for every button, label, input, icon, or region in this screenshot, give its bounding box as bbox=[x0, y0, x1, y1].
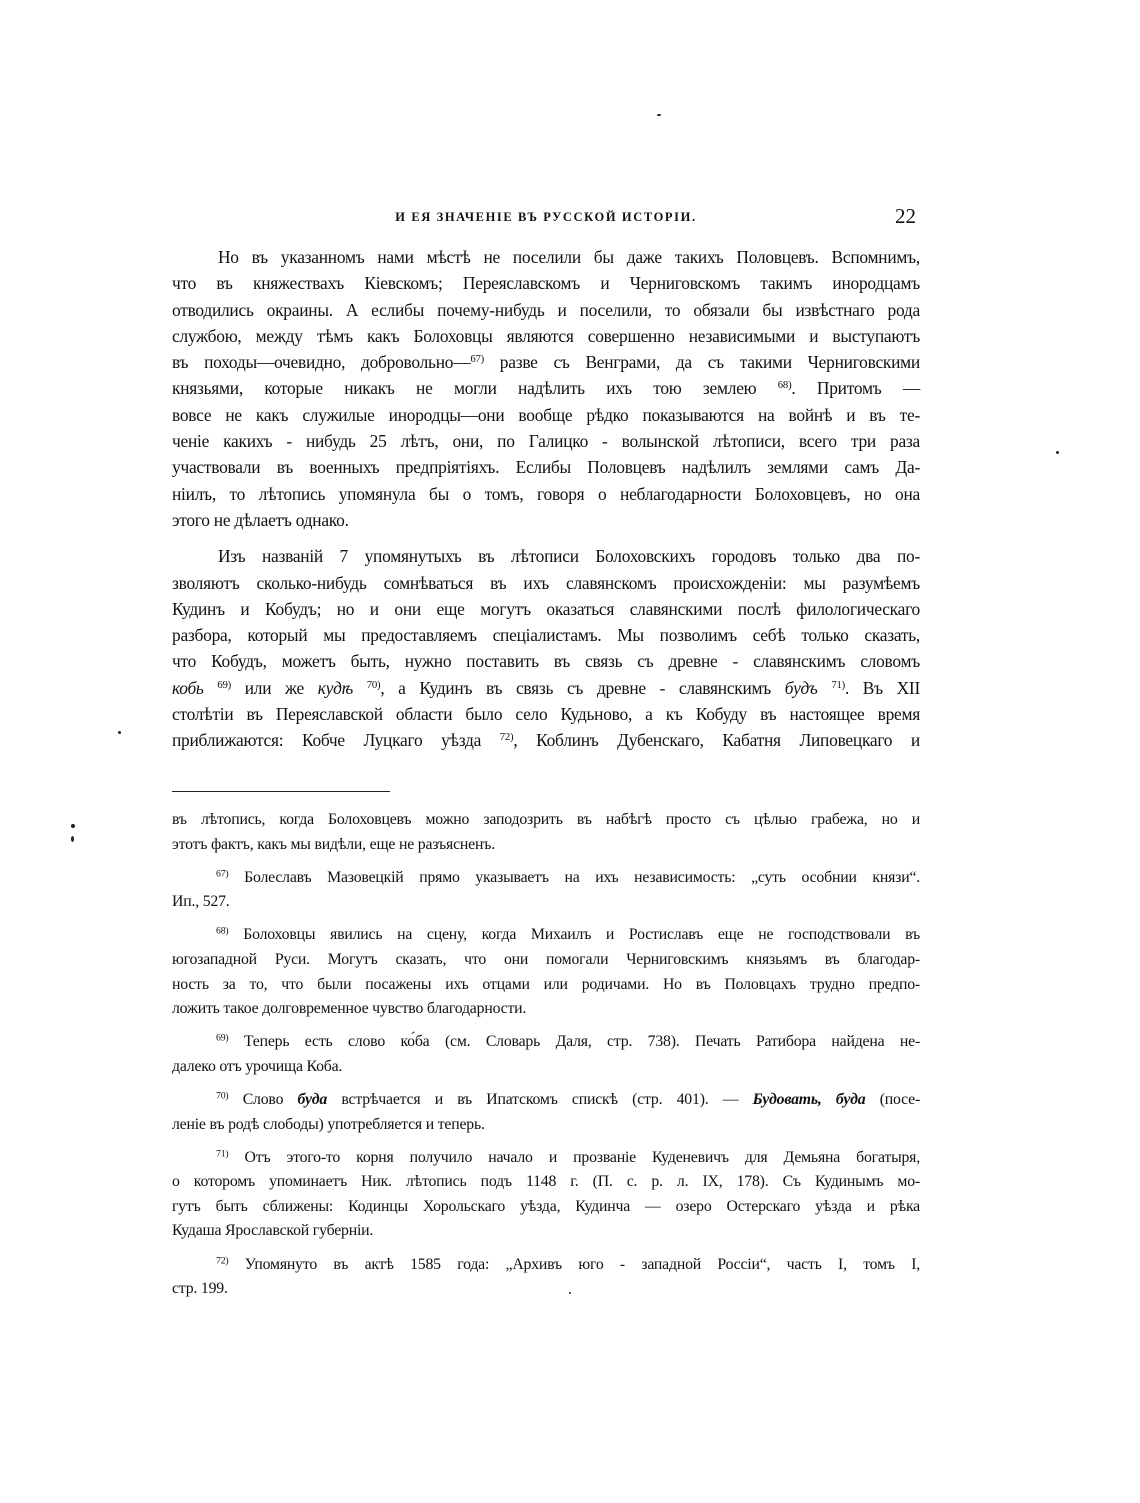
text-line: этого не дѣлаетъ однако. bbox=[172, 507, 920, 533]
text-line: 68) Болоховцы явились на сцену, когда Ми… bbox=[172, 923, 920, 948]
footnote-70: 70) Слово буда встрѣчается и въ Ипатском… bbox=[172, 1088, 920, 1137]
text-line: 70) Слово буда встрѣчается и въ Ипатском… bbox=[172, 1088, 920, 1113]
footnote-ref-68[interactable]: 68) bbox=[778, 380, 792, 392]
text-fragment: или же bbox=[245, 678, 304, 698]
text-fragment: въ походы—очевидно, добровольно— bbox=[172, 352, 470, 372]
footnote-marker: 71) bbox=[216, 1148, 228, 1159]
text-line: стр. 199. bbox=[172, 1277, 920, 1302]
paragraph-1: Но въ указанномъ нами мѣстѣ не поселили … bbox=[172, 244, 920, 533]
text-line: 72) Упомянуто въ актѣ 1585 года: „Архивъ… bbox=[172, 1253, 920, 1278]
text-line: отводились окраины. А еслибы почему-нибу… bbox=[172, 297, 920, 323]
footnote-68: 68) Болоховцы явились на сцену, когда Ми… bbox=[172, 923, 920, 1021]
text-fragment: Болеславъ Мазовецкій прямо указываетъ на… bbox=[244, 869, 920, 886]
scan-speck bbox=[71, 824, 75, 828]
text-line: ніилъ, то лѣтопись упомянула бы о томъ, … bbox=[172, 481, 920, 507]
footnote-marker: 69) bbox=[216, 1033, 228, 1044]
text-line: Ип., 527. bbox=[172, 890, 920, 915]
footnote-marker: 67) bbox=[216, 868, 228, 879]
scan-speck bbox=[118, 731, 121, 734]
text-line: этотъ фактъ, какъ мы видѣли, еще не разъ… bbox=[172, 833, 920, 858]
text-fragment: Упомянуто въ актѣ 1585 года: „Архивъ юго… bbox=[245, 1256, 920, 1273]
page-number: 22 bbox=[895, 204, 916, 229]
running-title: И ЕЯ ЗНАЧЕНІЕ ВЪ РУССКОЙ ИСТОРІИ. bbox=[172, 210, 920, 225]
footnote-marker: 72) bbox=[216, 1255, 228, 1266]
text-line: 69) Теперь есть слово ко́ба (см. Словарь… bbox=[172, 1030, 920, 1055]
footnote-72: 72) Упомянуто въ актѣ 1585 года: „Архивъ… bbox=[172, 1253, 920, 1302]
footnote-ref-70[interactable]: 70) bbox=[367, 679, 381, 691]
footnote-ref-72[interactable]: 72) bbox=[500, 731, 514, 743]
bold-italic-word: Будовать, буда bbox=[753, 1091, 866, 1108]
text-fragment: , Коблинъ Дубенскаго, Кабатня Липовецкаг… bbox=[513, 730, 920, 750]
text-line: вовсе не какъ служилые инородцы—они вооб… bbox=[172, 402, 920, 428]
text-line: далеко отъ урочища Коба. bbox=[172, 1055, 920, 1080]
text-line: что въ княжествахъ Кіевскомъ; Переяславс… bbox=[172, 270, 920, 296]
text-line: о которомъ упоминаетъ Ник. лѣтопись подъ… bbox=[172, 1170, 920, 1195]
text-line: югозападной Руси. Могутъ сказать, что он… bbox=[172, 948, 920, 973]
text-line: столѣтіи въ Переяславской области было с… bbox=[172, 701, 920, 727]
text-fragment: князьями, которые никакъ не могли надѣли… bbox=[172, 378, 756, 398]
footnote-divider bbox=[172, 791, 390, 792]
footnote-ref-71[interactable]: 71) bbox=[831, 679, 845, 691]
text-line: кобь 69) или же кудѣ 70), а Кудинъ въ св… bbox=[172, 675, 920, 701]
text-line: что Кобудъ, можетъ быть, нужно поставить… bbox=[172, 648, 920, 674]
text-fragment: . Въ XII bbox=[845, 678, 920, 698]
text-line: Кудинъ и Кобудъ; но и они еще могутъ ока… bbox=[172, 596, 920, 622]
text-line: разбора, который мы предоставляемъ спеці… bbox=[172, 622, 920, 648]
scan-speck bbox=[569, 1292, 571, 1294]
footnote-71: 71) Отъ этого-то корня получило начало и… bbox=[172, 1146, 920, 1244]
footnote-marker: 68) bbox=[216, 926, 228, 937]
footnote-69: 69) Теперь есть слово ко́ба (см. Словарь… bbox=[172, 1030, 920, 1079]
text-line: въ походы—очевидно, добровольно—67) разв… bbox=[172, 349, 920, 375]
text-fragment: Теперь есть слово ко́ба (см. Словарь Дал… bbox=[244, 1033, 920, 1050]
text-line: ложить такое долговременное чувство благ… bbox=[172, 997, 920, 1022]
footnote-ref-69[interactable]: 69) bbox=[217, 679, 231, 691]
text-line: въ лѣтопись, когда Болоховцевъ можно зап… bbox=[172, 808, 920, 833]
text-line: князьями, которые никакъ не могли надѣли… bbox=[172, 375, 920, 401]
footnote-continuation: въ лѣтопись, когда Болоховцевъ можно зап… bbox=[172, 808, 920, 857]
scan-speck bbox=[1056, 451, 1059, 454]
footnote-67: 67) Болеславъ Мазовецкій прямо указывает… bbox=[172, 866, 920, 915]
paragraph-2: Изъ названій 7 упомянутыхъ въ лѣтописи Б… bbox=[172, 543, 920, 753]
text-line: 71) Отъ этого-то корня получило начало и… bbox=[172, 1146, 920, 1171]
text-line: приближаются: Кобче Луцкаго уѣзда 72), К… bbox=[172, 727, 920, 753]
text-line: зволяютъ сколько-нибудь сомнѣваться въ и… bbox=[172, 570, 920, 596]
footnotes: въ лѣтопись, когда Болоховцевъ можно зап… bbox=[172, 808, 920, 1310]
text-line: леніе въ родѣ слободы) употребляется и т… bbox=[172, 1113, 920, 1138]
text-line: гутъ быть сближены: Кодинцы Хорольскаго … bbox=[172, 1195, 920, 1220]
footnote-marker: 70) bbox=[216, 1091, 228, 1102]
text-fragment: приближаются: Кобче Луцкаго уѣзда bbox=[172, 730, 481, 750]
bold-italic-word: буда bbox=[298, 1091, 328, 1108]
page-header: И ЕЯ ЗНАЧЕНІЕ ВЪ РУССКОЙ ИСТОРІИ. 22 bbox=[172, 204, 920, 232]
text-line: ченіе какихъ - нибудь 25 лѣтъ, они, по Г… bbox=[172, 428, 920, 454]
text-fragment: . Притомъ — bbox=[791, 378, 920, 398]
text-line: участвовали въ военныхъ предпріятіяхъ. Е… bbox=[172, 454, 920, 480]
text-line: службою, между тѣмъ какъ Болоховцы являю… bbox=[172, 323, 920, 349]
footnote-ref-67[interactable]: 67) bbox=[470, 353, 484, 365]
text-fragment: Болоховцы явились на сцену, когда Михаил… bbox=[243, 926, 920, 943]
text-fragment: , а Кудинъ въ связь съ древне - славянск… bbox=[380, 678, 771, 698]
scan-speck bbox=[71, 836, 74, 842]
scan-speck bbox=[657, 114, 661, 116]
text-line: ность за то, что были посажены ихъ отцам… bbox=[172, 973, 920, 998]
italic-word: кобь bbox=[172, 678, 204, 698]
text-line: 67) Болеславъ Мазовецкій прямо указывает… bbox=[172, 866, 920, 891]
text-fragment: (посе- bbox=[880, 1091, 920, 1108]
main-text: Но въ указанномъ нами мѣстѣ не поселили … bbox=[172, 244, 920, 764]
text-fragment: разве съ Венграми, да съ такими Чернигов… bbox=[500, 352, 920, 372]
text-fragment: встрѣчается и въ Ипатскомъ спискѣ (стр. … bbox=[341, 1091, 738, 1108]
text-line: Кудаша Ярославской губерніи. bbox=[172, 1219, 920, 1244]
italic-word: кудѣ bbox=[318, 678, 353, 698]
text-line: Изъ названій 7 упомянутыхъ въ лѣтописи Б… bbox=[172, 543, 920, 569]
text-fragment: Слово bbox=[243, 1091, 284, 1108]
scanned-book-page: И ЕЯ ЗНАЧЕНІЕ ВЪ РУССКОЙ ИСТОРІИ. 22 Но … bbox=[0, 0, 1140, 1503]
text-line: Но въ указанномъ нами мѣстѣ не поселили … bbox=[172, 244, 920, 270]
text-fragment: Отъ этого-то корня получило начало и про… bbox=[245, 1149, 920, 1166]
italic-word: будъ bbox=[785, 678, 818, 698]
